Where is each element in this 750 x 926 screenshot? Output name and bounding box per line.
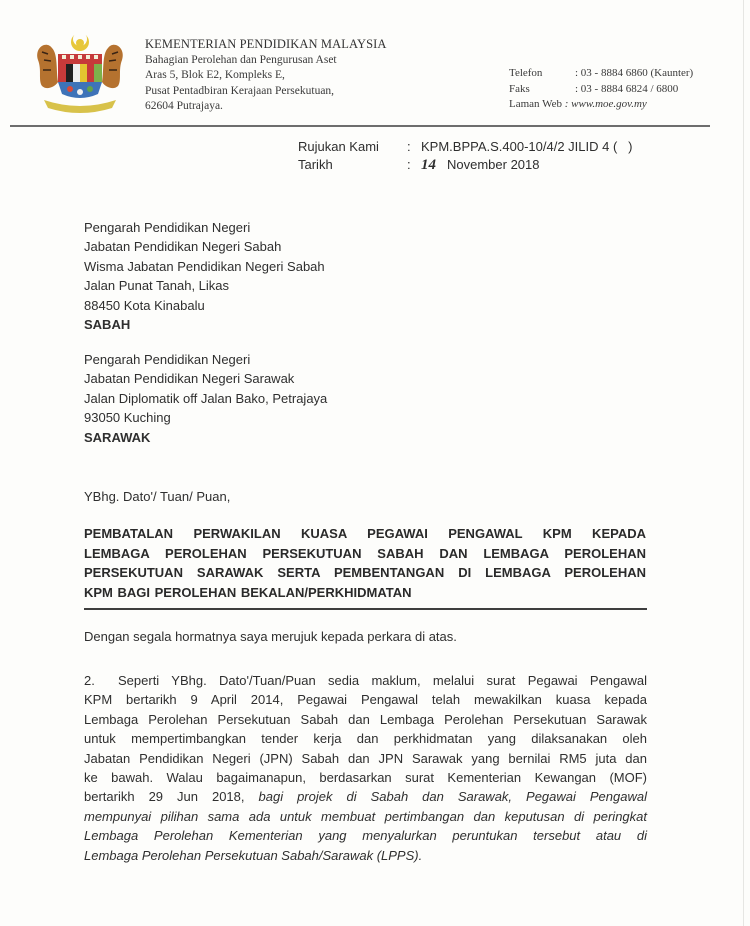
date-month-year: November 2018 [447, 156, 540, 174]
paragraph-italic-text: Lembaga Perolehan Persekutuan Sabah/Sara… [84, 848, 422, 863]
paragraph-2: 2.Seperti YBhg. Dato'/Tuan/Puan sedia ma… [84, 671, 647, 865]
address-state: SARAWAK [84, 428, 327, 447]
reference-label: Rujukan Kami [298, 138, 407, 156]
paragraph-text: Seperti YBhg. Dato'/Tuan/Puan sedia makl… [118, 673, 647, 688]
letterhead-contact: Telefon : 03 - 8884 6860 (Kaunter) Faks … [509, 66, 693, 113]
date-day-handwritten: 14 [421, 156, 447, 174]
recipient-sarawak: Pengarah Pendidikan Negeri Jabatan Pendi… [84, 350, 327, 447]
contact-label: Laman Web [509, 97, 562, 113]
contact-label: Telefon [509, 66, 575, 82]
address-line: Jabatan Pendidikan Negeri Sarawak [84, 369, 327, 388]
salutation: YBhg. Dato'/ Tuan/ Puan, [84, 489, 230, 504]
address-line: Jalan Punat Tanah, Likas [84, 276, 325, 295]
address-line: Pengarah Pendidikan Negeri [84, 350, 327, 369]
address-line: Jabatan Pendidikan Negeri Sabah [84, 237, 325, 256]
coat-of-arms-icon [28, 30, 132, 114]
paragraph-number: 2. [84, 671, 118, 690]
org-line: Aras 5, Blok E2, Kompleks E, [145, 68, 387, 84]
reference-separator: : [407, 138, 421, 156]
paragraph-line: 2.Seperti YBhg. Dato'/Tuan/Puan sedia ma… [84, 671, 647, 690]
date-separator: : [407, 156, 421, 174]
subject-line: KPM BAGI PEROLEHAN BEKALAN/PERKHIDMATAN [84, 583, 646, 603]
paragraph-italic-text: bagi projek di Sabah dan Sarawak, Pegawa… [259, 789, 648, 804]
contact-label: Faks [509, 82, 575, 98]
address-line: Pengarah Pendidikan Negeri [84, 218, 325, 237]
page-edge [743, 0, 744, 926]
subject-line: PERSEKUTUAN SARAWAK SERTA PEMBENTANGAN D… [84, 563, 646, 583]
address-state: SABAH [84, 315, 325, 334]
contact-fax: Faks : 03 - 8884 6824 / 6800 [509, 82, 693, 98]
subject-underline [84, 608, 647, 610]
reference-row: Rujukan Kami : KPM.BPPA.S.400-10/4/2 JIL… [298, 138, 632, 156]
subject-heading: PEMBATALAN PERWAKILAN KUASA PEGAWAI PENG… [84, 524, 646, 602]
contact-value: : 03 - 8884 6824 / 6800 [575, 82, 678, 98]
paragraph-line: KPM bertarikh 9 April 2014, Pegawai Peng… [84, 690, 647, 709]
paragraph-line: bertarikh 29 Jun 2018, bagi projek di Sa… [84, 787, 647, 806]
paragraph-line: Lembaga Perolehan Kementerian yang menya… [84, 826, 647, 845]
contact-website-link[interactable]: : www.moe.gov.my [565, 97, 647, 113]
paragraph-line: untuk mempertimbangkan tender kerja dan … [84, 729, 647, 748]
address-line: 93050 Kuching [84, 408, 327, 427]
letterhead-divider [10, 125, 710, 127]
contact-phone: Telefon : 03 - 8884 6860 (Kaunter) [509, 66, 693, 82]
org-name: KEMENTERIAN PENDIDIKAN MALAYSIA [145, 37, 387, 53]
letterhead-org: KEMENTERIAN PENDIDIKAN MALAYSIA Bahagian… [145, 37, 387, 115]
contact-web: Laman Web : www.moe.gov.my [509, 97, 693, 113]
paragraph-line: Lembaga Perolehan Persekutuan Sabah/Sara… [84, 846, 647, 865]
reference-block: Rujukan Kami : KPM.BPPA.S.400-10/4/2 JIL… [298, 138, 632, 174]
org-line: Bahagian Perolehan dan Pengurusan Aset [145, 53, 387, 69]
paragraph-line: ke bawah. Walau bagaimanapun, berdasarka… [84, 768, 647, 787]
paragraph-1: Dengan segala hormatnya saya merujuk kep… [84, 627, 647, 646]
paragraph-italic-text: Lembaga Perolehan Kementerian yang menya… [84, 828, 647, 843]
paragraph-text: bertarikh 29 Jun 2018, [84, 789, 259, 804]
subject-line: LEMBAGA PEROLEHAN PERSEKUTUAN SABAH DAN … [84, 544, 646, 564]
date-row: Tarikh : 14 November 2018 [298, 156, 632, 174]
org-line: 62604 Putrajaya. [145, 99, 387, 115]
paragraph-line: Lembaga Perolehan Persekutuan Sabah dan … [84, 710, 647, 729]
subject-line: PEMBATALAN PERWAKILAN KUASA PEGAWAI PENG… [84, 524, 646, 544]
org-line: Pusat Pentadbiran Kerajaan Persekutuan, [145, 84, 387, 100]
paragraph-line: mempunyai pilihan sama ada untuk membuat… [84, 807, 647, 826]
date-label: Tarikh [298, 156, 407, 174]
reference-value: KPM.BPPA.S.400-10/4/2 JILID 4 ( ) [421, 138, 632, 156]
contact-value: : 03 - 8884 6860 (Kaunter) [575, 66, 693, 82]
paragraph-italic-text: mempunyai pilihan sama ada untuk membuat… [84, 809, 647, 824]
paragraph-line: Jabatan Pendidikan Negeri (JPN) Sabah da… [84, 749, 647, 768]
address-line: Wisma Jabatan Pendidikan Negeri Sabah [84, 257, 325, 276]
address-line: 88450 Kota Kinabalu [84, 296, 325, 315]
address-line: Jalan Diplomatik off Jalan Bako, Petraja… [84, 389, 327, 408]
recipient-sabah: Pengarah Pendidikan Negeri Jabatan Pendi… [84, 218, 325, 334]
